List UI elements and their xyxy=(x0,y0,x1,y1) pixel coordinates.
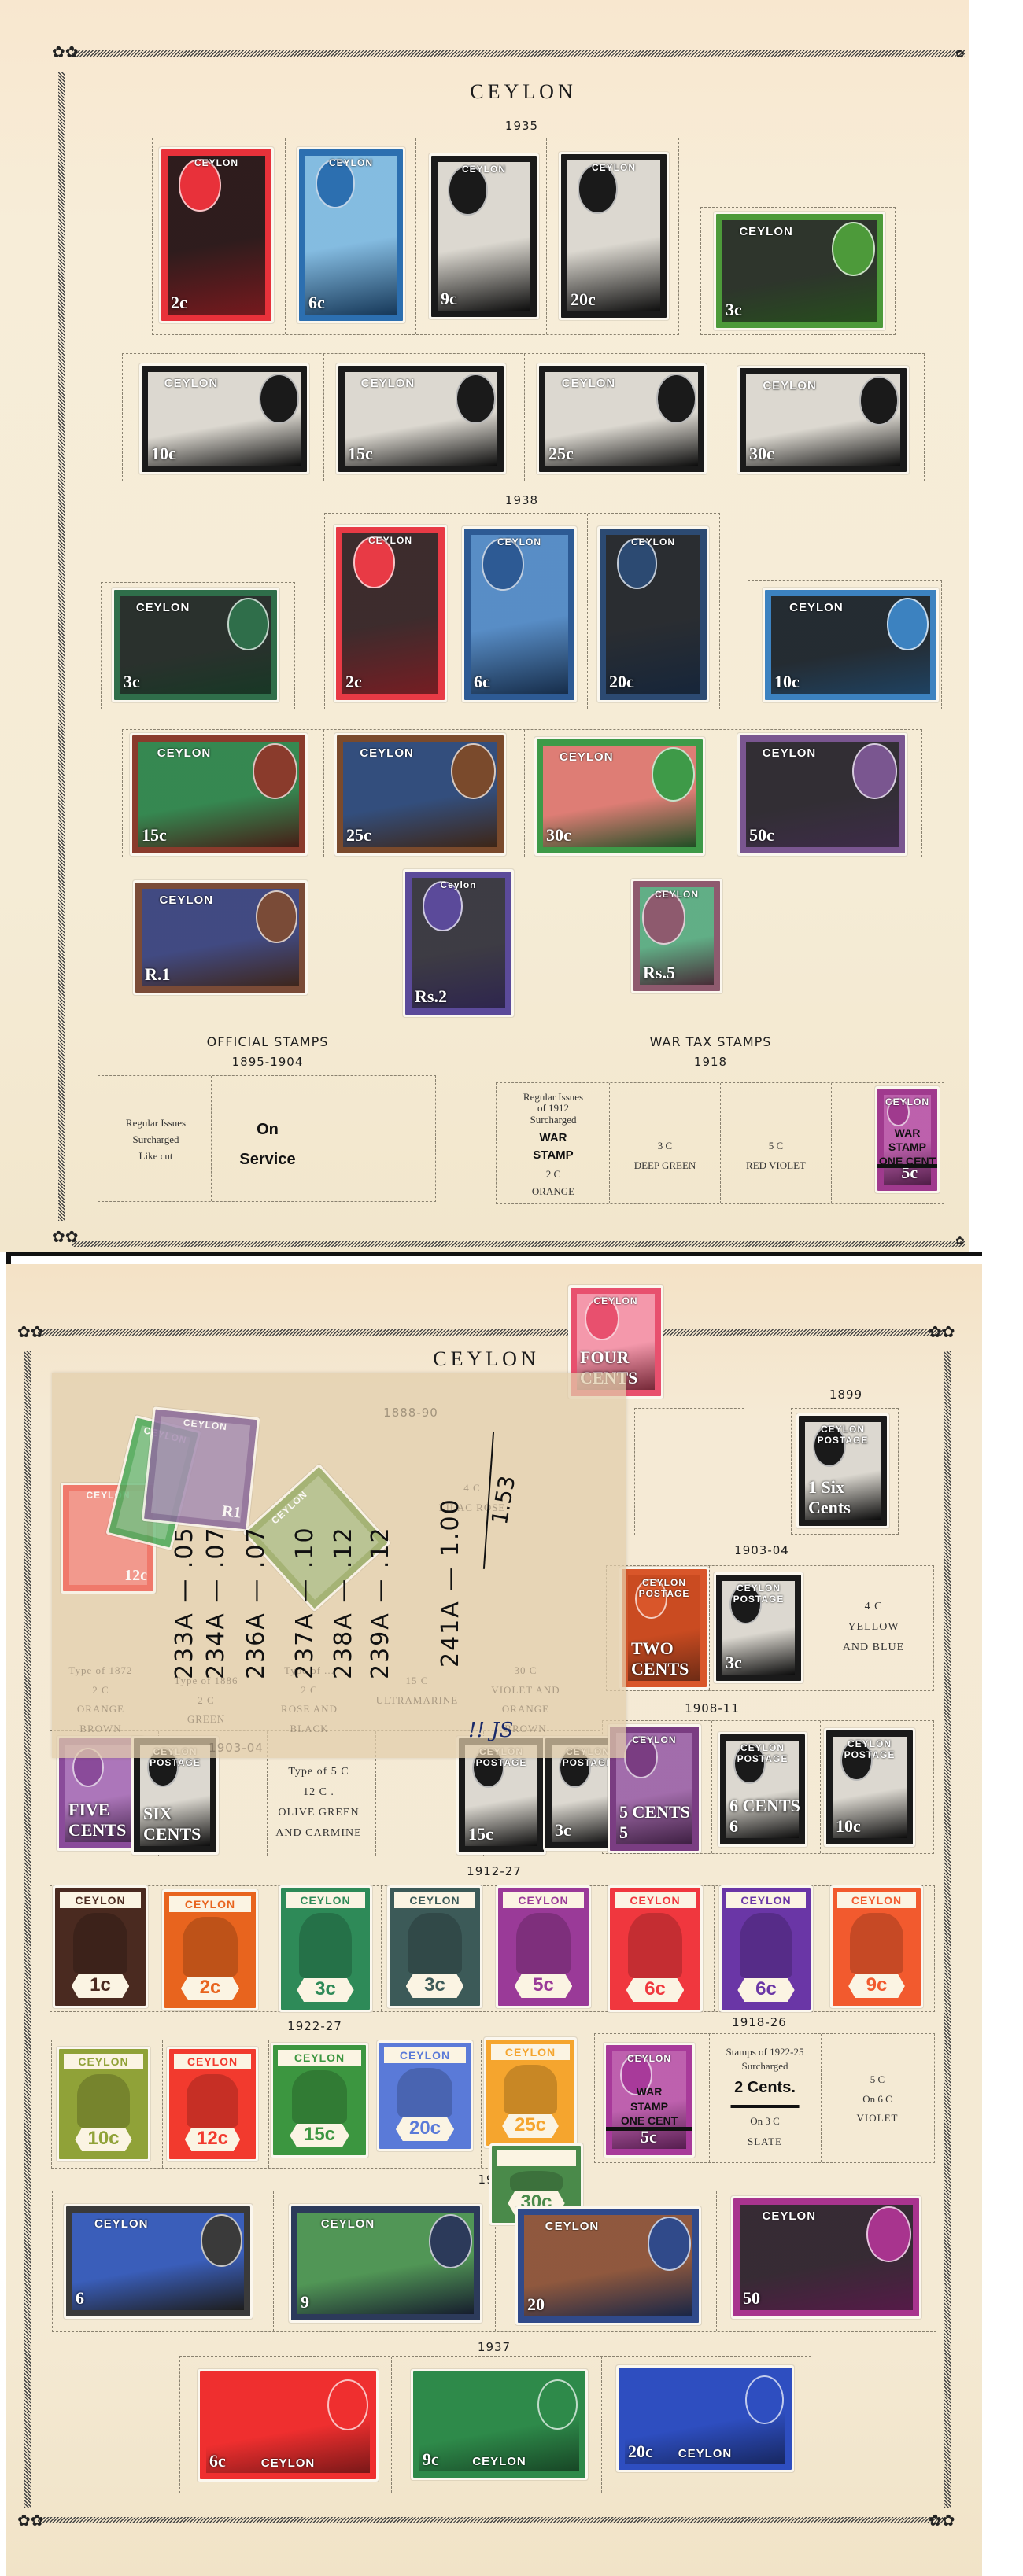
war-stamp-overprint: WARSTAMPONE CENT xyxy=(606,2084,692,2128)
stamp-country-name: CEYLON xyxy=(610,1894,700,1907)
king-portrait-icon xyxy=(852,743,897,799)
handwritten-initials: !! JS xyxy=(468,1719,513,1742)
stamp-10c[interactable]: CEYLON POSTAGE10c xyxy=(826,1730,913,1844)
stamp-country-name: CEYLON xyxy=(518,2220,626,2233)
section-year-1918-26: 1918-26 xyxy=(732,2015,787,2029)
stamp-3c[interactable]: CEYLON3c xyxy=(716,214,883,328)
stamp-country-name: CEYLON xyxy=(877,1096,937,1107)
stamp-country-name: CEYLON xyxy=(716,225,816,238)
king-portrait-icon xyxy=(887,598,929,650)
stamp-denomination: 9c xyxy=(423,2449,439,2470)
stamp-12c[interactable]: CEYLON 12c xyxy=(169,2049,256,2159)
corner-ornament-icon: ✿✿ xyxy=(17,1324,44,1340)
king-portrait-icon xyxy=(253,743,297,799)
section-year-1912-27: 1912-27 xyxy=(467,1864,522,1878)
corner-ornament-icon: ✿ xyxy=(955,46,965,62)
king-portrait-icon xyxy=(227,598,269,650)
stamp-3c[interactable]: CEYLON3c xyxy=(114,590,277,700)
stamp-5c[interactable]: CEYLON5cWARSTAMPONE CENT xyxy=(877,1089,937,1191)
corner-ornament-icon: ✿✿ xyxy=(17,2512,44,2528)
section-year-1935: 1935 xyxy=(505,119,538,133)
stamp-country-name: CEYLON xyxy=(161,157,271,168)
corner-ornament-icon: ✿✿ xyxy=(929,1324,955,1340)
stamp-country-name: CEYLON xyxy=(142,377,241,390)
stamp-denomination: 20 xyxy=(527,2294,545,2315)
stamp-country-name: CEYLON xyxy=(733,2209,845,2223)
stamp-denomination: 10c xyxy=(59,2128,148,2150)
page-border-left xyxy=(58,72,65,1221)
stamp-denomination: 3c xyxy=(281,1978,370,2000)
handwritten-catalog-entry: 234A — .07 xyxy=(202,1526,230,1679)
stamp-country-name: CEYLON xyxy=(379,2049,471,2062)
stamp-denomination: SIX CENTS xyxy=(143,1804,216,1844)
stamp-denomination: 6c xyxy=(722,1978,811,2000)
stamp-denomination: 5 CENTS 5 xyxy=(619,1802,699,1843)
loose-stamp[interactable]: CEYLON R1 xyxy=(144,1410,257,1530)
stamp-denomination: 15c xyxy=(468,1824,493,1844)
stamp-country-name: CEYLON xyxy=(132,746,236,760)
stamp-denomination: 1 Six Cents xyxy=(808,1477,887,1518)
stamp-10c[interactable]: CEYLON10c xyxy=(765,590,936,700)
stamp-denomination: 6c xyxy=(610,1978,700,2000)
stamp-denomination: 50c xyxy=(749,825,774,846)
stamp-denomination: 15c xyxy=(348,444,373,464)
stamp-denomination: 50 xyxy=(743,2288,760,2309)
king-portrait-icon xyxy=(429,2214,472,2268)
page-border-left xyxy=(24,1351,31,2508)
stamp-10c[interactable]: CEYLON 10c xyxy=(59,2049,148,2159)
stamp-6-cents-6[interactable]: CEYLON POSTAGE6 CENTS 6 xyxy=(720,1734,805,1844)
page-border-bottom xyxy=(38,2517,943,2523)
stamp-denomination: TWO CENTS xyxy=(631,1638,707,1679)
stamp-9c[interactable]: CEYLON9c xyxy=(413,2371,585,2478)
king-portrait-icon xyxy=(516,1913,571,1974)
stamp-denomination: 6 xyxy=(76,2288,84,2309)
king-portrait-icon xyxy=(866,2206,911,2262)
stamp-6c[interactable]: CEYLON6c xyxy=(299,149,403,321)
stamp-2c[interactable]: CEYLON 2c xyxy=(164,1892,256,2008)
stamp-denomination: 25c xyxy=(346,825,371,846)
stamp-9c[interactable]: CEYLON9c xyxy=(431,156,537,317)
king-portrait-icon xyxy=(456,374,496,424)
stamp-denomination: 20c xyxy=(379,2117,471,2139)
stamp-box-1888-empty xyxy=(634,1408,744,1535)
faded-caption: Type of 1886 2 C GREEN xyxy=(174,1671,238,1730)
stamp-6c[interactable]: CEYLON6c xyxy=(464,529,574,700)
stamp-country-name: CEYLON xyxy=(498,1894,589,1907)
stamp-country-name: CEYLON xyxy=(571,1295,661,1306)
corner-ornament-icon: ✿ xyxy=(955,1233,965,1249)
stamp-denomination: 5c xyxy=(498,1974,589,1996)
stamp-denomination: 6c xyxy=(474,672,490,692)
stamp-30c[interactable]: CEYLON30c xyxy=(537,739,703,853)
corner-ornament-icon: ✿✿ xyxy=(52,44,79,60)
section-heading-official: OFFICIAL STAMPS xyxy=(207,1034,329,1049)
stamp-3c[interactable]: CEYLON 3c xyxy=(281,1888,370,2010)
stamp-country-name: CEYLON xyxy=(281,1894,370,1907)
war-tax-caption-2c: Regular Issues of 1912 Surcharged WAR ST… xyxy=(523,1092,583,1197)
stamp-5c[interactable]: CEYLON 5c xyxy=(498,1888,589,2006)
stamp-denomination: 25c xyxy=(486,2114,574,2136)
stamp-denomination: 15c xyxy=(142,825,167,846)
stamp-denomination: 6c xyxy=(209,2451,226,2471)
stamp-denomination: 30c xyxy=(546,825,571,846)
stamp-9[interactable]: CEYLON9 xyxy=(291,2206,480,2320)
stamp-denomination: 10c xyxy=(774,672,800,692)
stamp-country-name: CEYLON xyxy=(606,2053,692,2064)
handwritten-catalog-entry: 237A — .10 xyxy=(291,1526,319,1679)
corner-ornament-icon: ✿✿ xyxy=(52,1229,79,1244)
stamp-denomination: 12c xyxy=(169,2128,256,2150)
stamp-country-name: CEYLON xyxy=(114,601,212,614)
stamp-country-name: CEYLON xyxy=(740,379,840,392)
stamp-country-name: CEYLON xyxy=(200,2456,376,2470)
stamp-country-name: CEYLON xyxy=(135,894,238,907)
stamp-country-name: CEYLON xyxy=(464,536,574,547)
king-portrait-icon xyxy=(648,2217,691,2271)
stamp-country-name: CEYLON xyxy=(539,377,638,390)
king-portrait-icon xyxy=(183,1917,238,1977)
stamp-6c[interactable]: CEYLON6c xyxy=(200,2371,376,2479)
king-portrait-icon xyxy=(77,2074,131,2128)
king-portrait-icon xyxy=(201,2214,242,2267)
section-year-official: 1895-1904 xyxy=(232,1055,304,1069)
caption-5c-on-6c: 5 C On 6 C VIOLET xyxy=(857,2070,899,2128)
stamp-denomination: 20c xyxy=(571,289,596,310)
stamp-denomination: 20c xyxy=(628,2441,653,2462)
king-portrait-icon xyxy=(292,2070,348,2124)
stamp-1-six-cents[interactable]: CEYLON POSTAGE1 Six Cents xyxy=(799,1416,887,1526)
handwritten-catalog-entry: 241A — 1.00 xyxy=(437,1498,464,1668)
stamp-country-name: CEYLON POSTAGE xyxy=(622,1577,707,1599)
king-portrait-icon xyxy=(740,1913,793,1978)
faded-caption: Type of 1872 2 C ORANGE BROWN xyxy=(68,1661,132,1739)
king-portrait-icon xyxy=(745,2375,784,2424)
stamp-9c[interactable]: CEYLON 9c xyxy=(833,1888,921,2006)
stamp-3c[interactable]: CEYLON 3c xyxy=(390,1888,480,2006)
stamp-country-name: CEYLON POSTAGE xyxy=(716,1583,801,1605)
stamp-2c[interactable]: CEYLON2c xyxy=(336,527,445,700)
king-portrait-icon xyxy=(652,747,695,802)
king-portrait-icon xyxy=(187,2074,238,2128)
caption-2-cents-on-3c: Stamps of 1922-25 Surcharged 2 Cents. On… xyxy=(726,2045,804,2148)
stamp-country-name: CEYLON xyxy=(431,164,537,175)
stamp-denomination: 9c xyxy=(833,1974,921,1996)
stamp-denomination: 3c xyxy=(726,1653,742,1673)
stamp-15c[interactable]: CEYLON15c xyxy=(338,366,504,472)
stamp-country-name: CEYLON xyxy=(169,2055,256,2068)
king-portrait-icon xyxy=(327,2379,368,2430)
stamp-country-name: CEYLON xyxy=(59,2055,148,2068)
stamp-country-name: CEYLON xyxy=(66,2217,176,2231)
king-portrait-icon xyxy=(656,374,696,424)
stamp-denomination: 25c xyxy=(548,444,574,464)
stamp-country-name: CEYLON xyxy=(600,536,707,547)
page-title: CEYLON xyxy=(470,80,576,104)
king-portrait-icon xyxy=(451,743,496,799)
stamp-country-name: CEYLON xyxy=(486,2046,574,2058)
stamp-20c[interactable]: CEYLON 20c xyxy=(379,2043,471,2149)
stamp-denomination: 3c xyxy=(390,1974,480,1996)
stamp-country-name: CEYLON POSTAGE xyxy=(799,1424,887,1446)
king-portrait-icon xyxy=(504,2065,556,2114)
stamp-country-name: CEYLON xyxy=(299,157,403,168)
stamp-country-name: CEYLON POSTAGE xyxy=(720,1742,805,1764)
section-year-1888-90: 1888-90 xyxy=(383,1406,438,1420)
war-tax-caption-3c: 3 C DEEP GREEN xyxy=(634,1137,696,1175)
handwritten-catalog-entry: 239A — .12 xyxy=(367,1526,394,1679)
page-divider xyxy=(6,1252,982,1264)
stamp-denomination: 6 CENTS 6 xyxy=(729,1796,805,1837)
king-portrait-icon xyxy=(299,1913,353,1978)
section-year-1899: 1899 xyxy=(829,1388,862,1402)
stamp-25c[interactable]: CEYLON 25c xyxy=(486,2040,574,2146)
stamp-denomination: 10c xyxy=(836,1816,861,1837)
king-portrait-icon xyxy=(256,890,297,943)
page-border-right xyxy=(944,1351,951,2508)
section-year-1903-04: 1903-04 xyxy=(734,1543,789,1557)
stamp-denomination: FIVE CENTS xyxy=(68,1800,142,1841)
stamp-6c[interactable]: CEYLON 6c xyxy=(610,1888,700,2010)
stamp-1c[interactable]: CEYLON 1c xyxy=(55,1888,146,2006)
page-border-top xyxy=(38,1329,943,1336)
faded-year-1903-04: 1903-04 xyxy=(209,1741,264,1755)
stamp-denomination: 3c xyxy=(124,672,140,692)
handwritten-catalog-entry: 233A — .05 xyxy=(171,1526,198,1679)
page-title: CEYLON xyxy=(433,1347,539,1371)
stamp-rs-2[interactable]: CeylonRs.2 xyxy=(405,872,511,1015)
stamp-denomination: 3c xyxy=(726,300,742,320)
stamp-20c[interactable]: CEYLON20c xyxy=(619,2368,792,2470)
stamp-50c[interactable]: CEYLON50c xyxy=(740,735,905,853)
stamp-denomination: 6c xyxy=(308,293,325,313)
section-heading-wartax: WAR TAX STAMPS xyxy=(650,1034,772,1049)
stamp-r-1[interactable]: CEYLONR.1 xyxy=(135,883,305,993)
stamp-country-name: CEYLON xyxy=(537,750,637,764)
stamp-country-name: CEYLON xyxy=(337,746,437,760)
stamp-denomination: 2c xyxy=(164,1977,256,1999)
stamp-denomination: 20c xyxy=(609,672,634,692)
stamp-25c[interactable]: CEYLON25c xyxy=(539,366,704,472)
stamp-denomination: Rs.5 xyxy=(643,963,675,983)
stamp-denomination: 10c xyxy=(151,444,176,464)
stamp-30c[interactable]: CEYLON30c xyxy=(740,368,907,472)
stamp-country-name: CEYLON xyxy=(633,889,720,900)
stamp-5c[interactable]: CEYLON5cWARSTAMPONE CENT xyxy=(606,2045,692,2155)
stamp-country-name: CEYLON POSTAGE xyxy=(826,1738,913,1760)
stamp-denomination: 2c xyxy=(345,672,362,692)
stamp-country-name: CEYLON xyxy=(336,535,445,546)
king-portrait-icon xyxy=(537,2379,578,2430)
stamp-denomination: 12c xyxy=(124,1567,147,1585)
king-portrait-icon xyxy=(850,1913,903,1974)
king-portrait-icon xyxy=(628,1913,682,1978)
stamp-3c[interactable]: CEYLON POSTAGE3c xyxy=(716,1575,801,1681)
section-year-wartax: 1918 xyxy=(694,1055,727,1069)
stamp-6c[interactable]: CEYLON 6c xyxy=(722,1888,811,2010)
stamp-country-name: CEYLON xyxy=(338,377,438,390)
section-year-1922-27: 1922-27 xyxy=(287,2019,342,2033)
corner-ornament-icon: ✿✿ xyxy=(929,2512,955,2528)
king-portrait-icon xyxy=(832,222,875,276)
stamp-20[interactable]: CEYLON20 xyxy=(518,2209,699,2323)
king-portrait-icon xyxy=(510,2171,563,2191)
stamp-25c[interactable]: CEYLON25c xyxy=(337,735,504,853)
king-portrait-icon xyxy=(408,1913,462,1974)
handwritten-catalog-entry: 238A — .12 xyxy=(330,1526,357,1679)
official-caption: Regular Issues Surcharged Like cut xyxy=(126,1115,186,1164)
stamp-denomination: 2c xyxy=(171,293,187,313)
page-border-bottom xyxy=(72,1241,965,1247)
official-overprint: On Service xyxy=(239,1115,295,1174)
stamp-50[interactable]: CEYLON50 xyxy=(733,2198,919,2316)
stamp-country-name: CEYLON xyxy=(164,1898,256,1911)
war-stamp-overprint: WARSTAMPONE CENT xyxy=(877,1126,937,1169)
section-year-1937: 1937 xyxy=(478,2340,511,2354)
stamp-country-name: Ceylon xyxy=(405,879,511,890)
stamp-2c[interactable]: CEYLON2c xyxy=(161,149,271,321)
king-portrait-icon xyxy=(397,2068,452,2117)
stamp-denomination: 9 xyxy=(301,2292,309,2313)
stamp-denomination: 3c xyxy=(555,1820,571,1841)
stamp-denomination: 30c xyxy=(749,444,774,464)
stamp-denomination: Rs.2 xyxy=(415,986,447,1007)
war-tax-caption-5c: 5 C RED VIOLET xyxy=(746,1137,806,1175)
stamp-country-name: CEYLON xyxy=(390,1894,480,1907)
stamp-country-name: CEYLON xyxy=(833,1894,921,1907)
handwritten-catalog-entry: 236A — .07 xyxy=(242,1526,270,1679)
stamp-denomination: 1c xyxy=(55,1974,146,1996)
caption-12c-olive-carmine: Type of 5 C 12 C . OLIVE GREEN AND CARMI… xyxy=(275,1762,361,1844)
stamp-20c[interactable]: CEYLON20c xyxy=(600,529,707,700)
stamp-country-name: CEYLON xyxy=(722,1894,811,1907)
caption-4c-yellow-blue: 4 C YELLOW AND BLUE xyxy=(843,1597,904,1658)
stamp-15c[interactable]: CEYLON 15c xyxy=(273,2045,366,2155)
stamp-denomination: 15c xyxy=(273,2124,366,2146)
king-portrait-icon xyxy=(73,1913,127,1974)
stamp-15c[interactable]: CEYLON15c xyxy=(132,735,305,853)
stamp-country-name: CEYLON xyxy=(740,746,839,760)
section-year-1938: 1938 xyxy=(505,493,538,507)
stamp-country-name: CEYLON xyxy=(273,2051,366,2064)
page-border-top xyxy=(72,50,965,57)
stamp-denomination: R.1 xyxy=(145,964,170,985)
stamp-20c[interactable]: CEYLON20c xyxy=(561,154,667,318)
section-year-1908-11: 1908-11 xyxy=(685,1701,740,1715)
king-portrait-icon xyxy=(859,376,899,426)
stamp-country-name: CEYLON xyxy=(291,2217,404,2231)
stamp-country-name: CEYLON xyxy=(561,162,667,173)
stamp-two-cents[interactable]: CEYLON POSTAGETWO CENTS xyxy=(622,1569,707,1687)
stamp-6[interactable]: CEYLON6 xyxy=(66,2206,250,2316)
king-portrait-icon xyxy=(259,374,299,424)
stamp-rs-5[interactable]: CEYLONRs.5 xyxy=(633,881,720,991)
stamp-country-name: CEYLON xyxy=(55,1894,146,1907)
stamp-10c[interactable]: CEYLON10c xyxy=(142,366,307,472)
stamp-denomination: 9c xyxy=(441,289,457,309)
stamp-denomination: R1 xyxy=(221,1502,242,1522)
stamp-country-name: CEYLON xyxy=(765,601,868,614)
